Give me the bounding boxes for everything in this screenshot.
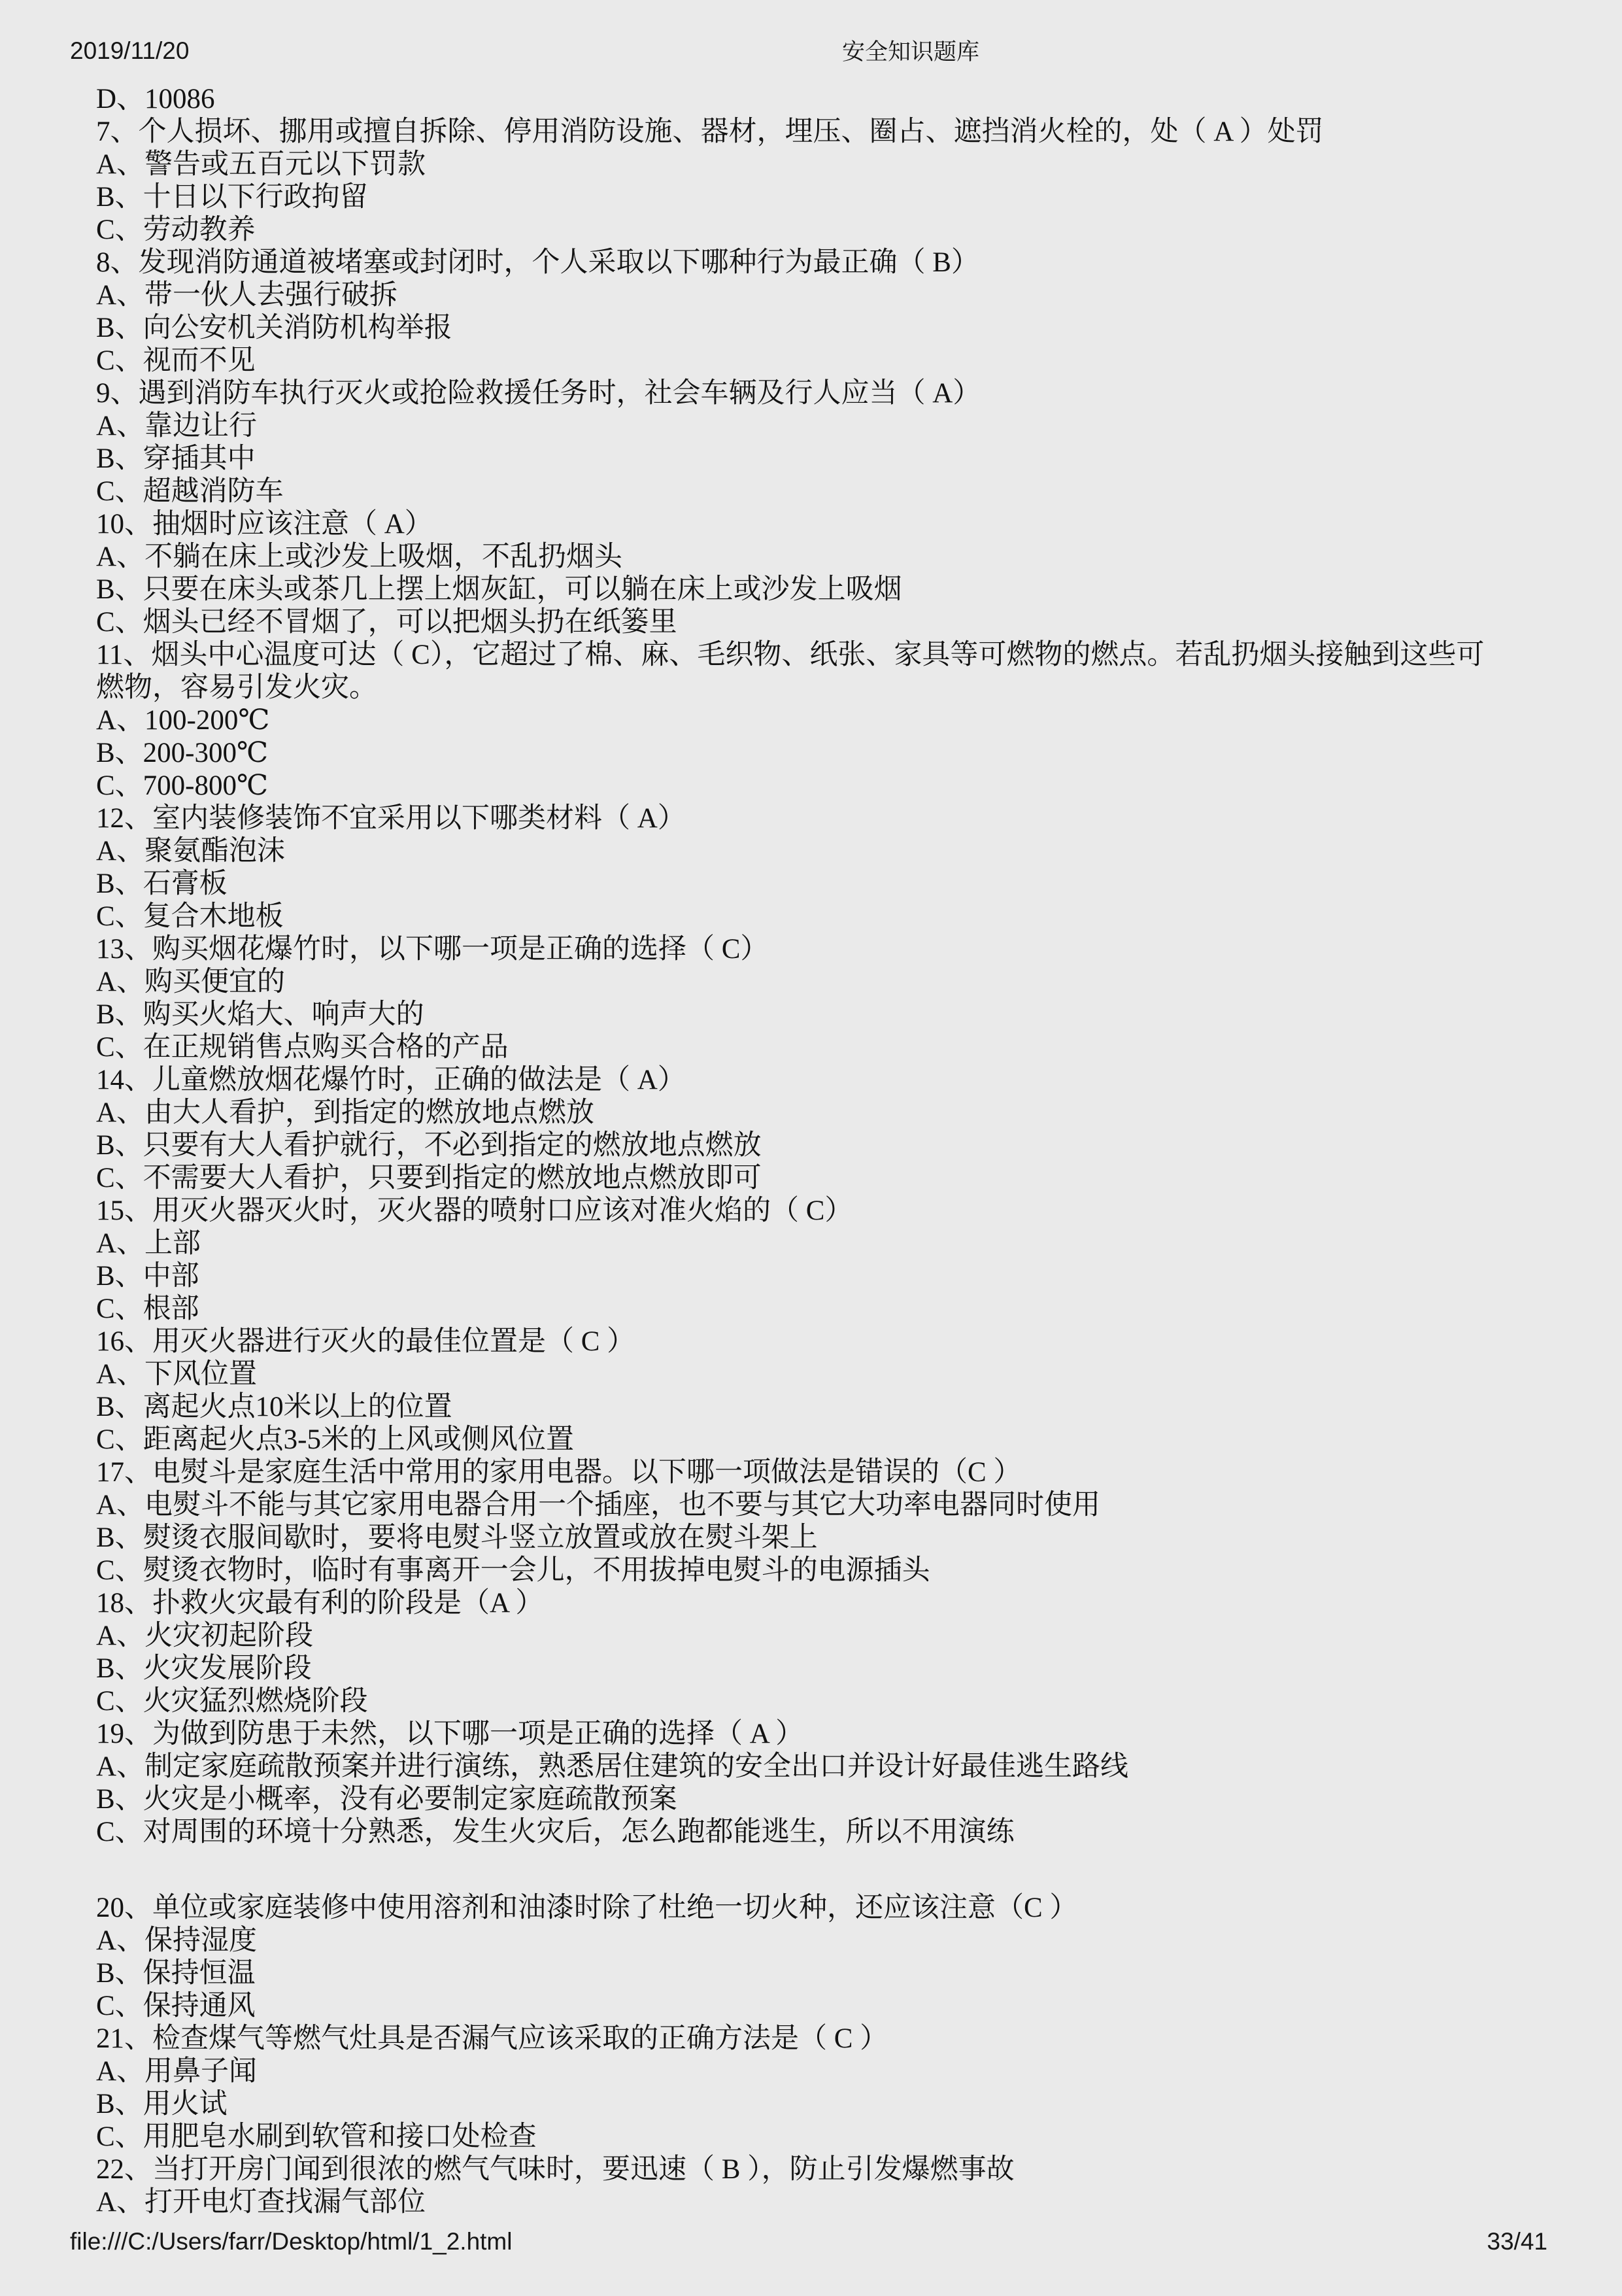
document-line: 9、遇到消防车执行灭火或抢险救援任务时，社会车辆及行人应当（ A）: [96, 377, 1597, 410]
document-line: A、火灾初起阶段: [96, 1620, 1597, 1653]
document-line: C、劳动教养: [96, 214, 1597, 247]
document-line: A、打开电灯查找漏气部位: [96, 2186, 1597, 2219]
document-line: C、火灾猛烈燃烧阶段: [96, 1685, 1597, 1718]
document-line: 8、发现消防通道被堵塞或封闭时，个人采取以下哪种行为最正确（ B）: [96, 247, 1597, 279]
document-line: C、对周围的环境十分熟悉，发生火灾后，怎么跑都能逃生，所以不用演练: [96, 1816, 1597, 1849]
document-line: 12、室内装修装饰不宜采用以下哪类材料（ A）: [96, 802, 1597, 835]
document-line: 22、当打开房门闻到很浓的燃气气味时，要迅速（ B ），防止引发爆燃事故: [96, 2153, 1597, 2186]
document-line: A、不躺在床上或沙发上吸烟，不乱扔烟头: [96, 541, 1597, 574]
document-line: 19、为做到防患于未然，以下哪一项是正确的选择（ A ）: [96, 1718, 1597, 1751]
document-line: B、保持恒温: [96, 1957, 1597, 1990]
document-line: A、靠边让行: [96, 410, 1597, 443]
document-line: A、聚氨酯泡沫: [96, 835, 1597, 868]
document-line: 21、检查煤气等燃气灶具是否漏气应该采取的正确方法是（ C ）: [96, 2023, 1597, 2055]
document-line: B、熨烫衣服间歇时，要将电熨斗竖立放置或放在熨斗架上: [96, 1522, 1597, 1554]
document-line: C、700-800℃: [96, 770, 1597, 802]
document-line: C、距离起火点3-5米的上风或侧风位置: [96, 1424, 1597, 1456]
document-line: B、穿插其中: [96, 443, 1597, 475]
document-line: B、向公安机关消防机构举报: [96, 312, 1597, 345]
document-line: 16、用灭火器进行灭火的最佳位置是（ C ）: [96, 1326, 1597, 1358]
document-line: A、下风位置: [96, 1358, 1597, 1391]
document-line: A、制定家庭疏散预案并进行演练，熟悉居住建筑的安全出口并设计好最佳逃生路线: [96, 1751, 1597, 1783]
document-line: C、复合木地板: [96, 900, 1597, 933]
document-line: B、火灾发展阶段: [96, 1653, 1597, 1685]
document-line: A、电熨斗不能与其它家用电器合用一个插座，也不要与其它大功率电器同时使用: [96, 1489, 1597, 1522]
document-line: B、购买火焰大、响声大的: [96, 999, 1597, 1031]
document-line: A、由大人看护，到指定的燃放地点燃放: [96, 1097, 1597, 1129]
document-line: C、视而不见: [96, 345, 1597, 377]
document-line: D、10086: [96, 83, 1597, 116]
document-line: B、用火试: [96, 2088, 1597, 2121]
document-line: 11、烟头中心温度可达（ C），它超过了棉、麻、毛织物、纸张、家具等可燃物的燃点…: [96, 639, 1597, 672]
document-line: 17、电熨斗是家庭生活中常用的家用电器。以下哪一项做法是错误的（C ）: [96, 1456, 1597, 1489]
header-title: 安全知识题库: [842, 39, 979, 65]
document-line: B、只要在床头或茶几上摆上烟灰缸，可以躺在床上或沙发上吸烟: [96, 574, 1597, 606]
document-body: D、100867、个人损坏、挪用或擅自拆除、停用消防设施、器材，埋压、圈占、遮挡…: [96, 83, 1597, 2219]
document-line: B、十日以下行政拘留: [96, 181, 1597, 214]
document-line: B、离起火点10米以上的位置: [96, 1391, 1597, 1424]
document-line: 10、抽烟时应该注意（ A）: [96, 508, 1597, 541]
document-line: A、上部: [96, 1227, 1597, 1260]
document-line: 燃物，容易引发火灾。: [96, 672, 1597, 704]
footer-file-path: file:///C:/Users/farr/Desktop/html/1_2.h…: [70, 2229, 512, 2255]
document-line: 15、用灭火器灭火时，灭火器的喷射口应该对准火焰的（ C）: [96, 1195, 1597, 1227]
document-line: 14、儿童燃放烟花爆竹时，正确的做法是（ A）: [96, 1064, 1597, 1097]
document-line: 18、扑救火灾最有利的阶段是（A ）: [96, 1587, 1597, 1620]
blank-line: [96, 1849, 1597, 1870]
document-line: B、中部: [96, 1260, 1597, 1293]
document-line: A、购买便宜的: [96, 966, 1597, 999]
document-line: B、只要有大人看护就行，不必到指定的燃放地点燃放: [96, 1129, 1597, 1162]
document-line: C、用肥皂水刷到软管和接口处检查: [96, 2121, 1597, 2153]
document-line: C、超越消防车: [96, 475, 1597, 508]
footer-page-indicator: 33/41: [1487, 2229, 1547, 2255]
document-line: B、200-300℃: [96, 737, 1597, 770]
document-line: A、警告或五百元以下罚款: [96, 148, 1597, 181]
document-line: B、石膏板: [96, 868, 1597, 900]
blank-line: [96, 1870, 1597, 1892]
document-line: C、熨烫衣物时，临时有事离开一会儿，不用拔掉电熨斗的电源插头: [96, 1554, 1597, 1587]
document-line: C、根部: [96, 1293, 1597, 1326]
document-line: C、烟头已经不冒烟了，可以把烟头扔在纸篓里: [96, 606, 1597, 639]
document-line: C、在正规销售点购买合格的产品: [96, 1031, 1597, 1064]
printed-page: { "colors": { "background": "#eaeaea", "…: [0, 0, 1622, 2296]
document-line: 13、购买烟花爆竹时，以下哪一项是正确的选择（ C）: [96, 933, 1597, 966]
document-line: A、用鼻子闻: [96, 2055, 1597, 2088]
document-line: B、火灾是小概率，没有必要制定家庭疏散预案: [96, 1783, 1597, 1816]
document-line: 7、个人损坏、挪用或擅自拆除、停用消防设施、器材，埋压、圈占、遮挡消火栓的，处（…: [96, 116, 1597, 148]
document-line: C、保持通风: [96, 1990, 1597, 2023]
document-line: C、不需要大人看护，只要到指定的燃放地点燃放即可: [96, 1162, 1597, 1195]
document-line: A、带一伙人去强行破拆: [96, 279, 1597, 312]
document-line: 20、单位或家庭装修中使用溶剂和油漆时除了杜绝一切火种，还应该注意（C ）: [96, 1892, 1597, 1925]
header-date: 2019/11/20: [70, 38, 189, 64]
document-line: A、100-200℃: [96, 704, 1597, 737]
document-line: A、保持湿度: [96, 1925, 1597, 1957]
